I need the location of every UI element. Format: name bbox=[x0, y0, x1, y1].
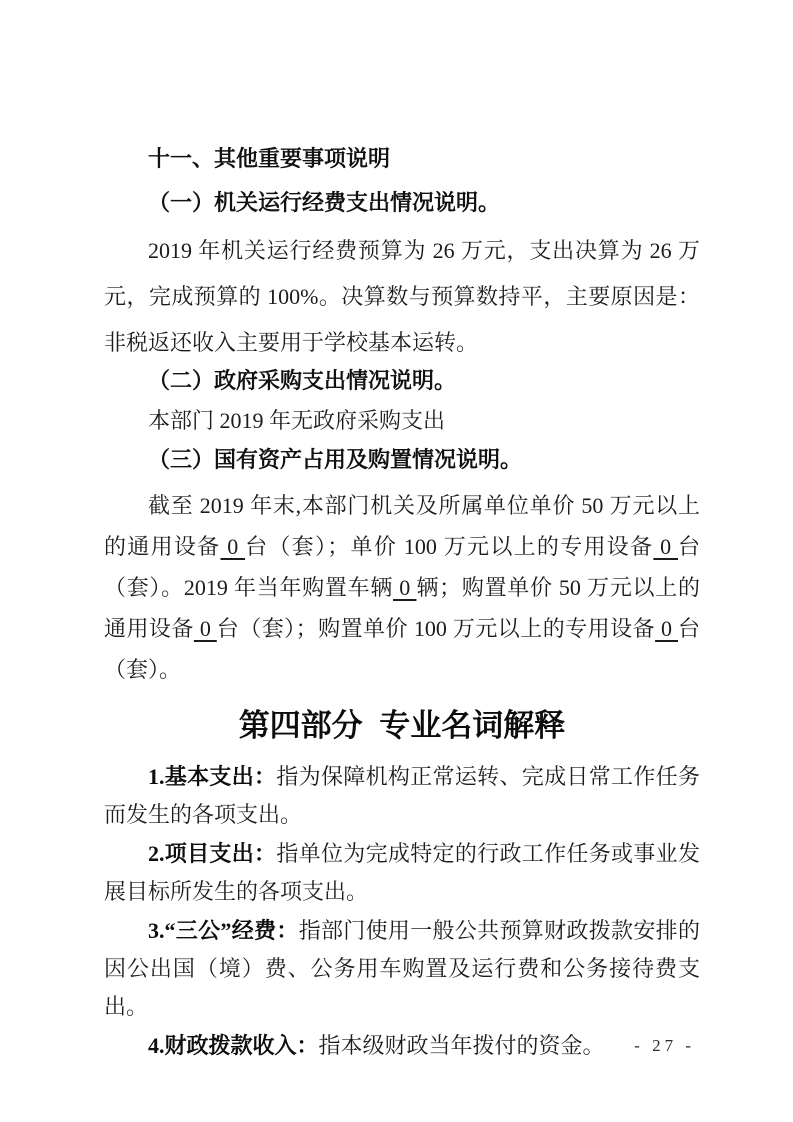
asset-underlined-zero: 0 bbox=[393, 575, 416, 600]
asset-underlined-zero: 0 bbox=[655, 616, 678, 641]
subsection-title-agency-operating-expense: （一）机关运行经费支出情况说明。 bbox=[104, 188, 700, 218]
definition-fiscal-appropriation-income: 4.财政拨款收入：指本级财政当年拨付的资金。 bbox=[104, 1027, 700, 1065]
part4-title: 第四部分 专业名词解释 bbox=[104, 706, 700, 746]
subsection-title-state-assets: （三）国有资产占用及购置情况说明。 bbox=[104, 445, 700, 475]
definition-term: 4.财政拨款收入： bbox=[148, 1033, 319, 1058]
paragraph-agency-operating-expense: 2019 年机关运行经费预算为 26 万元，支出决算为 26 万元，完成预算的 … bbox=[104, 228, 700, 366]
definition-body: 指本级财政当年拨付的资金。 bbox=[319, 1033, 605, 1058]
definition-three-public-funds: 3.“三公”经费：指部门使用一般公共预算财政拨款安排的因公出国（境）费、公务用车… bbox=[104, 912, 700, 1026]
definition-term: 1.基本支出： bbox=[148, 764, 276, 789]
asset-text-segment: 台（套）；单价 100 万元以上的专用设备 bbox=[245, 534, 653, 559]
page-number: - 27 - bbox=[634, 1036, 695, 1056]
asset-underlined-zero: 0 bbox=[220, 534, 245, 559]
definition-project-expenditure: 2.项目支出：指单位为完成特定的行政工作任务或事业发展目标所发生的各项支出。 bbox=[104, 835, 700, 911]
subsection-title-government-procurement: （二）政府采购支出情况说明。 bbox=[104, 366, 700, 396]
document-page: 十一、其他重要事项说明 （一）机关运行经费支出情况说明。 2019 年机关运行经… bbox=[0, 0, 793, 1122]
asset-underlined-zero: 0 bbox=[653, 534, 678, 559]
definition-term: 2.项目支出： bbox=[148, 841, 276, 866]
paragraph-state-assets: 截至 2019 年末,本部门机关及所属单位单价 50 万元以上的通用设备 0 台… bbox=[104, 485, 700, 690]
paragraph-government-procurement: 本部门 2019 年无政府采购支出 bbox=[104, 406, 700, 436]
section-heading-other-important-matters: 十一、其他重要事项说明 bbox=[104, 144, 700, 174]
asset-text-segment: 台（套）；购置单价 100 万元以上的专用设备 bbox=[217, 616, 655, 641]
definition-basic-expenditure: 1.基本支出：指为保障机构正常运转、完成日常工作任务而发生的各项支出。 bbox=[104, 758, 700, 834]
definition-term: 3.“三公”经费： bbox=[148, 918, 299, 943]
document-content: 十一、其他重要事项说明 （一）机关运行经费支出情况说明。 2019 年机关运行经… bbox=[104, 144, 700, 1066]
asset-underlined-zero: 0 bbox=[194, 616, 217, 641]
